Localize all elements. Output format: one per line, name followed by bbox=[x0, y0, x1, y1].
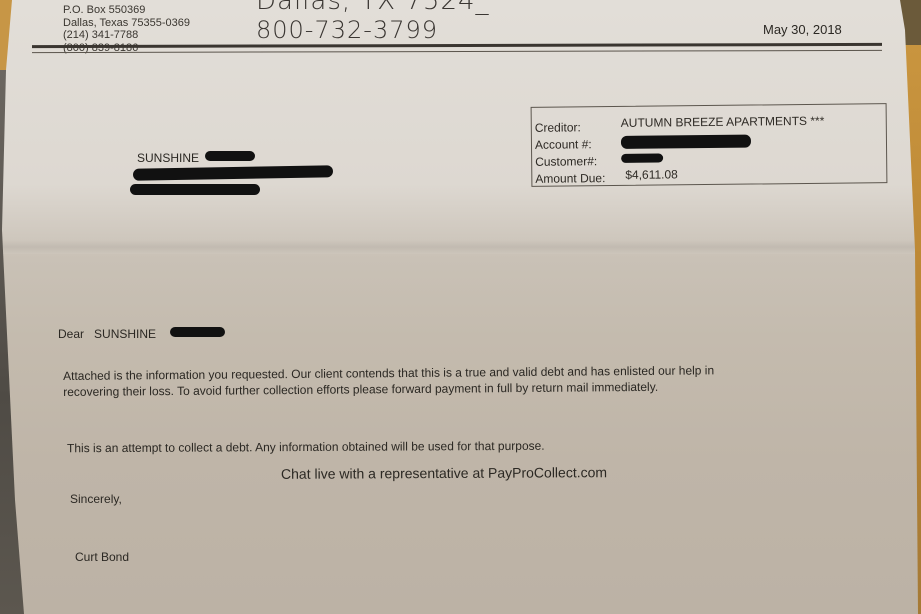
redaction-customer-number bbox=[621, 153, 663, 162]
customer-number-label: Customer#: bbox=[535, 154, 597, 169]
signer-name: Curt Bond bbox=[75, 550, 129, 564]
redaction-account-number bbox=[621, 135, 751, 149]
handwritten-city: Dallas, TX 7524_ bbox=[256, 0, 490, 16]
amount-due-label: Amount Due: bbox=[535, 171, 605, 186]
recipient-name: SUNSHINE bbox=[137, 151, 199, 165]
account-number-label: Account #: bbox=[535, 137, 592, 152]
closing: Sincerely, bbox=[70, 492, 122, 506]
redaction-recipient-street bbox=[133, 165, 333, 180]
creditor-label: Creditor: bbox=[535, 120, 581, 134]
creditor-value: AUTUMN BREEZE APARTMENTS *** bbox=[621, 114, 825, 130]
address-line-phone-1: (214) 341-7788 bbox=[63, 29, 190, 42]
salutation-name: SUNSHINE bbox=[94, 327, 156, 341]
letter-paper: P.O. Box 550369 Dallas, Texas 75355-0369… bbox=[0, 0, 921, 614]
handwritten-phone: 800-732-3799 bbox=[256, 16, 438, 44]
account-info-box: Creditor: AUTUMN BREEZE APARTMENTS *** A… bbox=[531, 103, 888, 187]
salutation: Dear SUNSHINE bbox=[58, 327, 156, 341]
paper-fold bbox=[0, 240, 921, 254]
address-line-po-box: P.O. Box 550369 bbox=[63, 4, 190, 17]
amount-due-value: $4,611.08 bbox=[625, 167, 678, 182]
chat-notice: Chat live with a representative at PayPr… bbox=[281, 464, 607, 482]
salutation-word: Dear bbox=[58, 327, 84, 341]
letter-paragraph: Attached is the information you requeste… bbox=[63, 362, 714, 400]
debt-disclaimer: This is an attempt to collect a debt. An… bbox=[67, 439, 545, 456]
address-line-city: Dallas, Texas 75355-0369 bbox=[63, 17, 190, 30]
redaction-recipient-city bbox=[130, 184, 260, 195]
redaction-recipient-name bbox=[205, 151, 255, 161]
redaction-salutation-name bbox=[170, 327, 225, 337]
letter-date: May 30, 2018 bbox=[763, 22, 842, 37]
